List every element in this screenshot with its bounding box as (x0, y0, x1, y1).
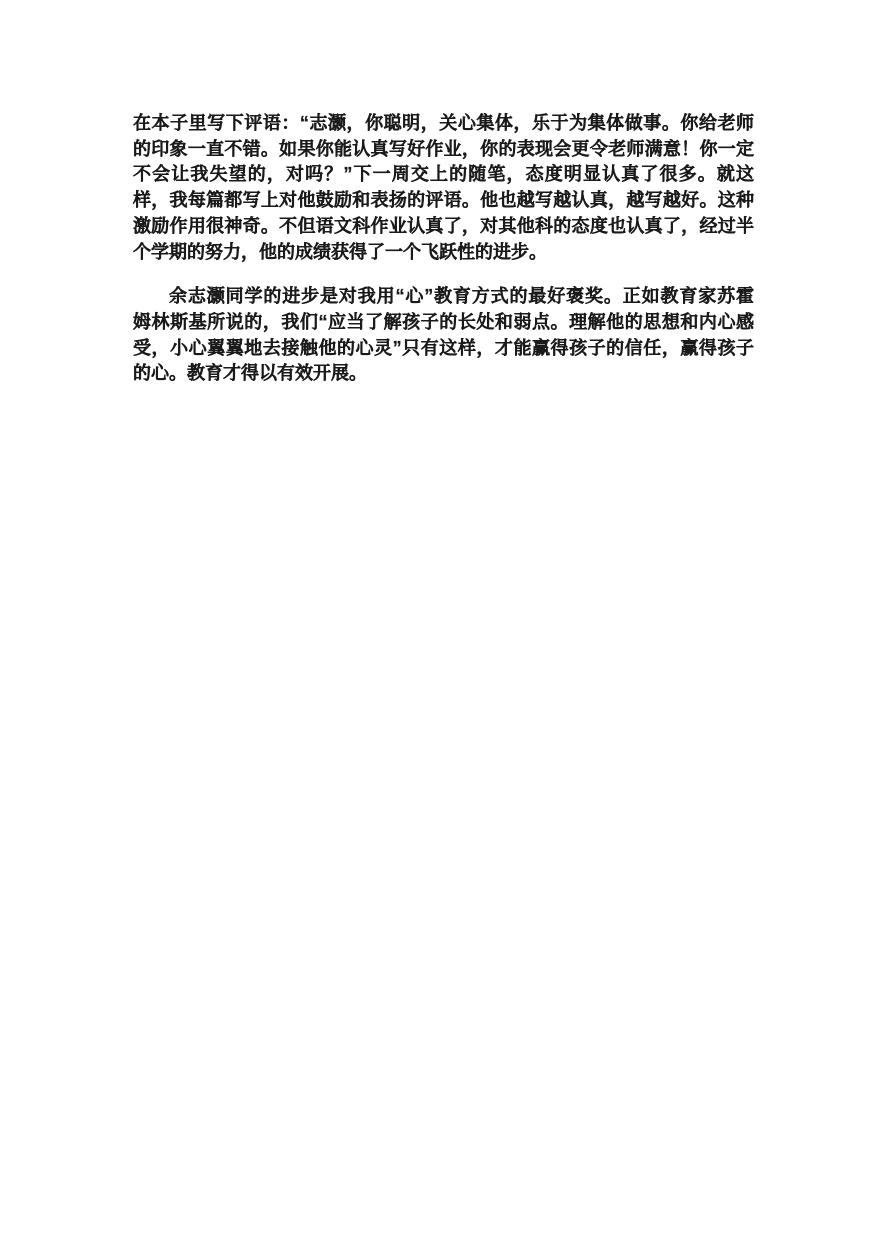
text-line: 姆林斯基所说的，我们“应当了解孩子的长处和弱点。理解他的思想和内心感 (133, 310, 754, 336)
text-line: 样，我每篇都写上对他鼓励和表扬的评语。他也越写越认真，越写越好。这种 (133, 188, 754, 214)
document-page: 在本子里写下评语：“志灏，你聪明，关心集体，乐于为集体做事。你给老师 的印象一直… (0, 0, 884, 1250)
paragraph-1: 在本子里写下评语：“志灏，你聪明，关心集体，乐于为集体做事。你给老师 的印象一直… (133, 111, 754, 265)
paragraph-2: 余志灏同学的进步是对我用“心”教育方式的最好褒奖。正如教育家苏霍 姆林斯基所说的… (133, 284, 754, 387)
text-line: 的印象一直不错。如果你能认真写好作业，你的表现会更令老师满意！你一定 (133, 137, 754, 163)
text-line: 在本子里写下评语：“志灏，你聪明，关心集体，乐于为集体做事。你给老师 (133, 111, 754, 137)
text-block: 在本子里写下评语：“志灏，你聪明，关心集体，乐于为集体做事。你给老师 的印象一直… (133, 111, 754, 387)
text-line: 的心。教育才得以有效开展。 (133, 361, 754, 387)
text-line: 不会让我失望的，对吗？”下一周交上的随笔，态度明显认真了很多。就这 (133, 162, 754, 188)
text-line: 激励作用很神奇。不但语文科作业认真了，对其他科的态度也认真了，经过半 (133, 214, 754, 240)
text-line: 受，小心翼翼地去接触他的心灵”只有这样，才能赢得孩子的信任，赢得孩子 (133, 336, 754, 362)
text-line: 个学期的努力，他的成绩获得了一个飞跃性的进步。 (133, 240, 754, 266)
text-line: 余志灏同学的进步是对我用“心”教育方式的最好褒奖。正如教育家苏霍 (133, 284, 754, 310)
